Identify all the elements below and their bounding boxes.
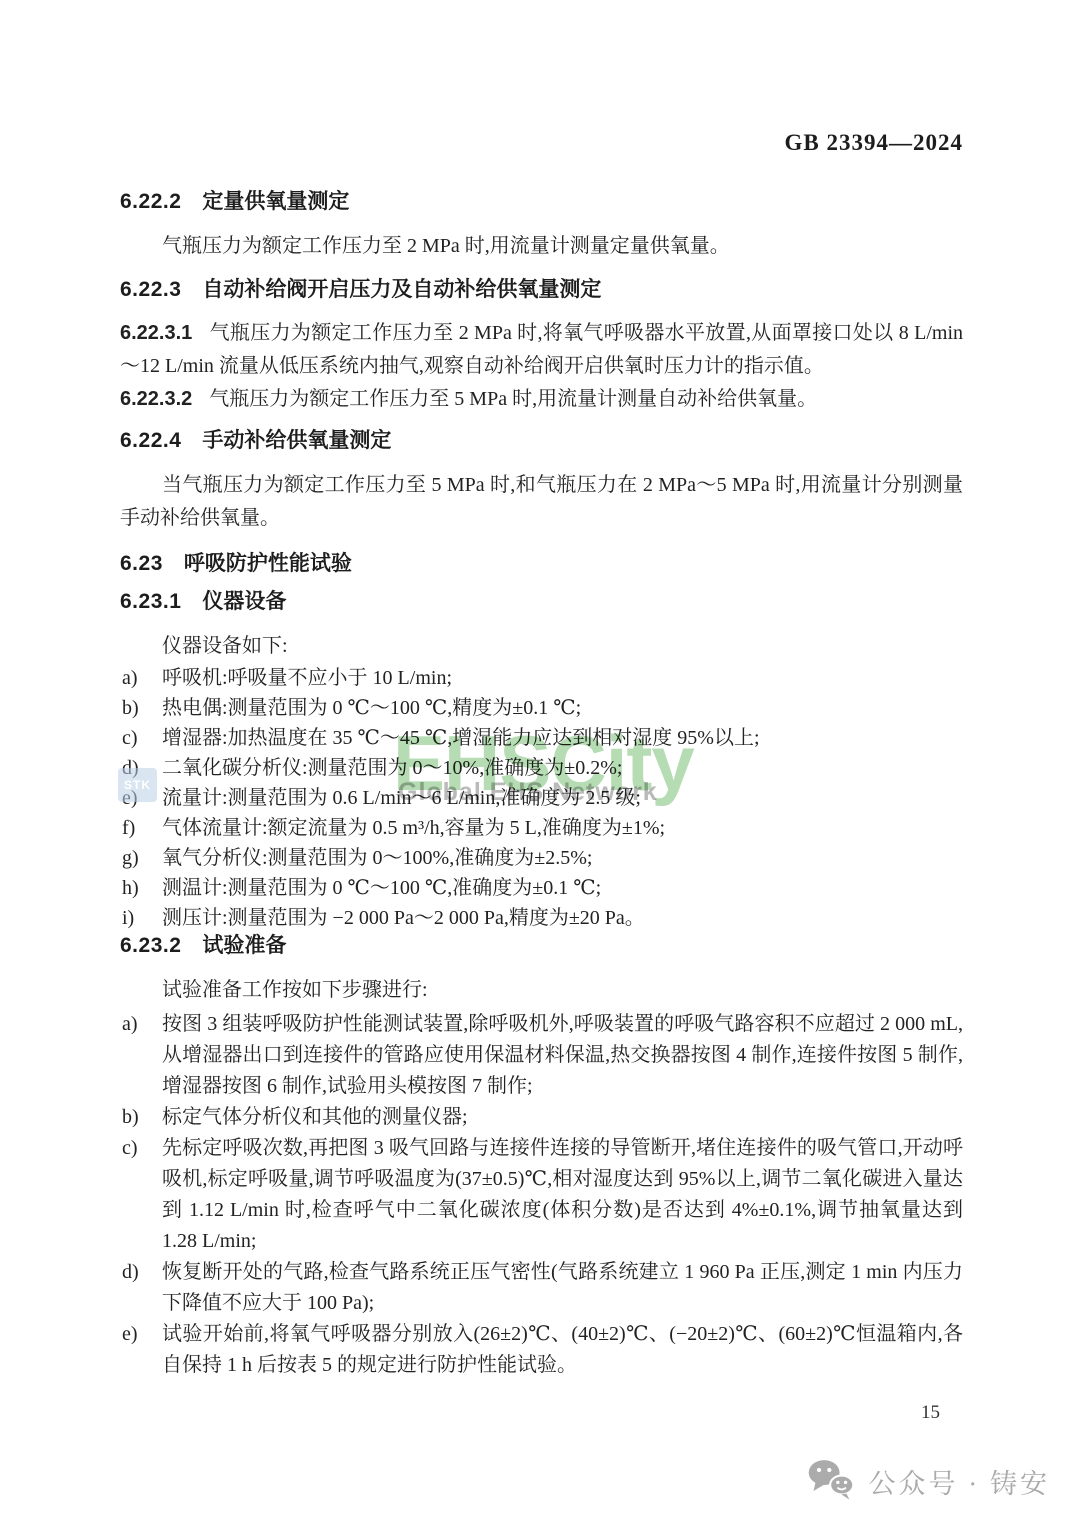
footer-label: 公众号 · 铸安 (869, 1462, 1051, 1501)
list-item-text: 按图 3 组装呼吸防护性能测试装置,除呼吸机外,呼吸装置的呼吸气路容积不应超过 … (162, 1009, 963, 1102)
list-item-text: 测温计:测量范围为 0 ℃～100 ℃,准确度为±0.1 ℃; (162, 873, 963, 903)
doc-header: GB 23394—2024 (120, 130, 963, 156)
list-item: f)气体流量计:额定流量为 0.5 m³/h,容量为 5 L,准确度为±1%; (120, 813, 963, 843)
clause-text: 气瓶压力为额定工作压力至 5 MPa 时,用流量计测量自动补给供氧量。 (209, 388, 817, 410)
list-item-label: b) (122, 693, 162, 723)
list-item-text: 气体流量计:额定流量为 0.5 m³/h,容量为 5 L,准确度为±1%; (162, 813, 963, 843)
watermark-logo: STK (118, 768, 157, 802)
section-title: 自动补给阀开启压力及自动补给供氧量测定 (202, 277, 601, 303)
list-item-label: a) (122, 1009, 162, 1102)
list-item-text: 测压计:测量范围为 −2 000 Pa～2 000 Pa,精度为±20 Pa。 (162, 903, 963, 933)
list-item: d)恢复断开处的气路,检查气路系统正压气密性(气路系统建立 1 960 Pa 正… (120, 1257, 963, 1319)
section-title: 试验准备 (202, 933, 286, 959)
section-title: 呼吸防护性能试验 (184, 551, 352, 577)
list-item-text: 恢复断开处的气路,检查气路系统正压气密性(气路系统建立 1 960 Pa 正压,… (162, 1257, 963, 1319)
list-item: e)试验开始前,将氧气呼吸器分别放入(26±2)℃、(40±2)℃、(−20±2… (120, 1319, 963, 1381)
wechat-icon (807, 1458, 855, 1505)
watermark-subtitle: Global EHS Network (398, 778, 658, 807)
section-heading-6-22-3: 6.22.3 自动补给阀开启压力及自动补给供氧量测定 (120, 277, 963, 303)
list-item-text: 呼吸机:呼吸量不应小于 10 L/min; (162, 663, 963, 693)
page-number: 15 (921, 1402, 940, 1424)
list-item: g)氧气分析仪:测量范围为 0～100%,准确度为±2.5%; (120, 843, 963, 873)
section-heading-6-22-4: 6.22.4 手动补给供氧量测定 (120, 428, 963, 454)
list-item: c)先标定呼吸次数,再把图 3 吸气回路与连接件连接的导管断开,堵住连接件的吸气… (120, 1133, 963, 1257)
list-item-label: h) (122, 873, 162, 903)
section-heading-6-23-1: 6.23.1 仪器设备 (120, 589, 963, 615)
list-item: h)测温计:测量范围为 0 ℃～100 ℃,准确度为±0.1 ℃; (120, 873, 963, 903)
section-title: 定量供氧量测定 (202, 189, 349, 215)
list-item-text: 氧气分析仪:测量范围为 0～100%,准确度为±2.5%; (162, 843, 963, 873)
document-page: GB 23394—2024 6.22.2 定量供氧量测定 气瓶压力为额定工作压力… (0, 0, 1080, 1526)
list-item-label: g) (122, 843, 162, 873)
section-number: 6.23.2 (120, 933, 181, 959)
list-item: i)测压计:测量范围为 −2 000 Pa～2 000 Pa,精度为±20 Pa… (120, 903, 963, 933)
paragraph-6-23-1-lead: 仪器设备如下: (120, 630, 963, 663)
section-title: 手动补给供氧量测定 (202, 428, 391, 454)
clause-number: 6.22.3.1 (120, 322, 192, 344)
list-item-label: d) (122, 1257, 162, 1319)
section-heading-6-23: 6.23 呼吸防护性能试验 (120, 551, 963, 577)
page-content: GB 23394—2024 6.22.2 定量供氧量测定 气瓶压力为额定工作压力… (120, 0, 963, 1381)
section-number: 6.23 (120, 551, 163, 577)
list-item-text: 试验开始前,将氧气呼吸器分别放入(26±2)℃、(40±2)℃、(−20±2)℃… (162, 1319, 963, 1381)
paragraph-6-23-2-lead: 试验准备工作按如下步骤进行: (120, 974, 963, 1007)
section-number: 6.22.2 (120, 189, 181, 215)
list-item-label: i) (122, 903, 162, 933)
doc-number: GB 23394—2024 (785, 130, 963, 155)
list-item-label: f) (122, 813, 162, 843)
list-item-label: a) (122, 663, 162, 693)
footer-credit: 公众号 · 铸安 (807, 1458, 1051, 1505)
clause-number: 6.22.3.2 (120, 388, 192, 410)
section-number: 6.22.3 (120, 277, 181, 303)
section-heading-6-22-2: 6.22.2 定量供氧量测定 (120, 189, 963, 215)
section-number: 6.22.4 (120, 428, 181, 454)
list-item: a)呼吸机:呼吸量不应小于 10 L/min; (120, 663, 963, 693)
section-number: 6.23.1 (120, 589, 181, 615)
section-heading-6-23-2: 6.23.2 试验准备 (120, 933, 963, 959)
paragraph-6-22-4: 当气瓶压力为额定工作压力至 5 MPa 时,和气瓶压力在 2 MPa～5 MPa… (120, 469, 963, 535)
section-title: 仪器设备 (202, 589, 286, 615)
list-item: a)按图 3 组装呼吸防护性能测试装置,除呼吸机外,呼吸装置的呼吸气路容积不应超… (120, 1009, 963, 1102)
clause-6-22-3-1: 6.22.3.1气瓶压力为额定工作压力至 2 MPa 时,将氧气呼吸器水平放置,… (120, 317, 963, 383)
list-item-label: c) (122, 723, 162, 753)
clause-6-22-3-2: 6.22.3.2气瓶压力为额定工作压力至 5 MPa 时,用流量计测量自动补给供… (120, 383, 963, 416)
list-item-text: 标定气体分析仪和其他的测量仪器; (162, 1102, 963, 1133)
list-item-label: b) (122, 1102, 162, 1133)
clause-text: 气瓶压力为额定工作压力至 2 MPa 时,将氧气呼吸器水平放置,从面罩接口处以 … (120, 322, 963, 377)
list-item-label: e) (122, 1319, 162, 1381)
paragraph-6-22-2: 气瓶压力为额定工作压力至 2 MPa 时,用流量计测量定量供氧量。 (120, 230, 963, 263)
procedure-list: a)按图 3 组装呼吸防护性能测试装置,除呼吸机外,呼吸装置的呼吸气路容积不应超… (120, 1009, 963, 1381)
list-item: b)标定气体分析仪和其他的测量仪器; (120, 1102, 963, 1133)
list-item-label: c) (122, 1133, 162, 1257)
list-item-text: 先标定呼吸次数,再把图 3 吸气回路与连接件连接的导管断开,堵住连接件的吸气管口… (162, 1133, 963, 1257)
